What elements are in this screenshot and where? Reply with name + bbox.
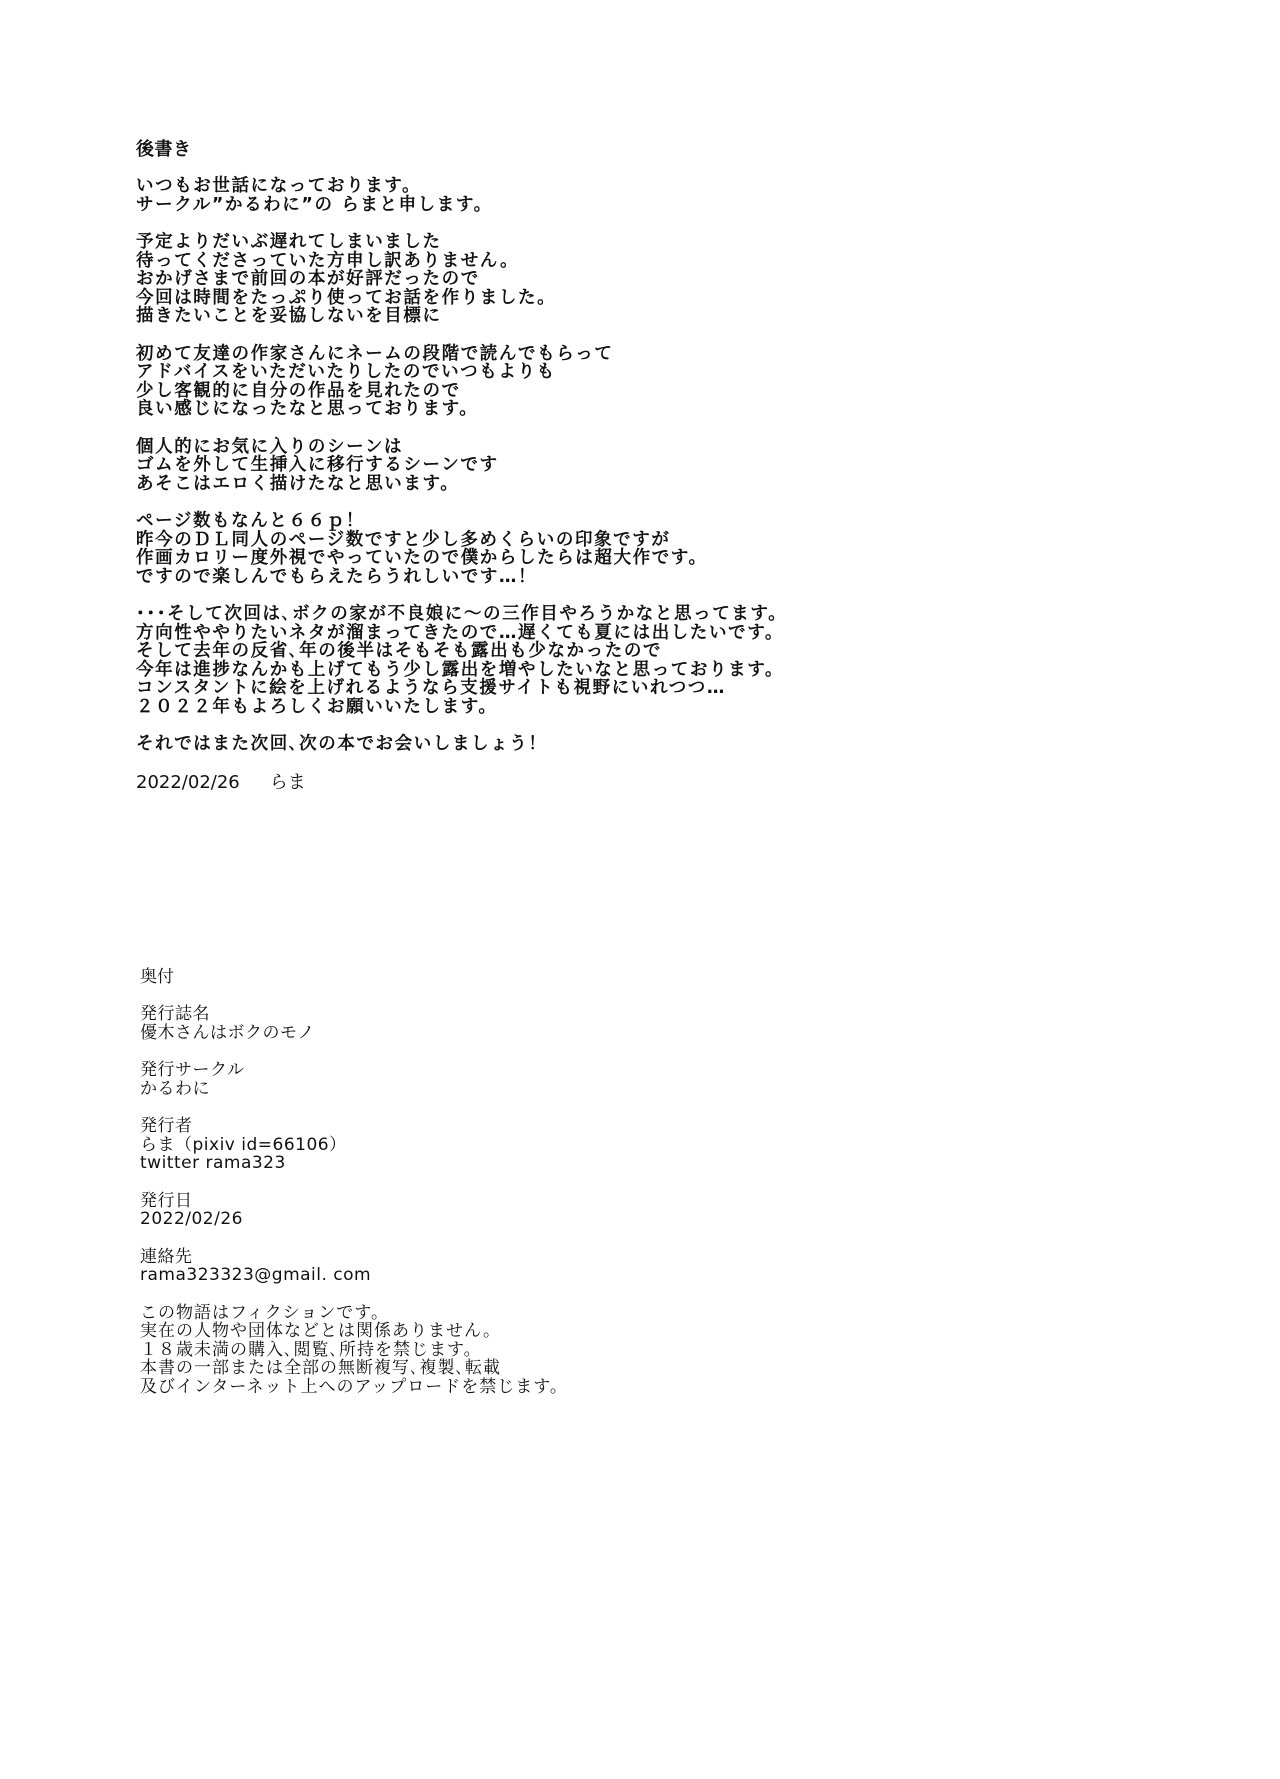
text-line: ページ数もなんと６６ｐ！ xyxy=(136,512,896,531)
colophon-publisher-group: 発行者 らま（pixiv id=66106） twitter rama323 xyxy=(140,1117,740,1173)
text-line: 作画カロリー度外視でやっていたので僕からしたらは超大作です。 xyxy=(136,549,896,568)
text-line: 今年は進捗なんかも上げてもう少し露出を増やしたいなと思っております。 xyxy=(136,661,896,680)
notice-line: 本書の一部または全部の無断複写､複製､転載 xyxy=(140,1359,740,1378)
colophon-value-contact-email: rama323323@gmail. com xyxy=(140,1266,740,1285)
afterword-paragraph-advice: 初めて友達の作家さんにネームの段階で読んでもらって アドバイスをいただいたりした… xyxy=(136,345,896,419)
text-line: あそこはエロく描けたなと思います。 xyxy=(136,475,896,494)
colophon-contact-group: 連絡先 rama323323@gmail. com xyxy=(140,1248,740,1285)
colophon-circle-group: 発行サークル かるわに xyxy=(140,1061,740,1098)
afterword-section: 後書き いつもお世話になっております。 サークル”かるわに”の らまと申します。… xyxy=(136,140,896,792)
afterword-paragraph-delay: 予定よりだいぶ遅れてしまいました 待ってくださっていた方申し訳ありません。 おか… xyxy=(136,233,896,326)
text-line: 少し客観的に自分の作品を見れたので xyxy=(136,382,896,401)
colophon-label-title: 発行誌名 xyxy=(140,1005,740,1024)
text-line: 待ってくださっていた方申し訳ありません。 xyxy=(136,252,896,271)
text-line: コンスタントに絵を上げれるようなら支援サイトも視野にいれつつ… xyxy=(136,679,896,698)
text-line: そして去年の反省､年の後半はそもそも露出も少なかったので xyxy=(136,642,896,661)
text-line: サークル”かるわに”の らまと申します。 xyxy=(136,196,896,215)
colophon-value-date: 2022/02/26 xyxy=(140,1210,740,1229)
text-line: 良い感じになったなと思っております。 xyxy=(136,400,896,419)
text-line: 個人的にお気に入りのシーンは xyxy=(136,438,896,457)
afterword-paragraph-closing: それではまた次回､次の本でお会いしましょう！ xyxy=(136,735,896,754)
text-line: おかげさまで前回の本が好評だったので xyxy=(136,270,896,289)
signature-date: 2022/02/26 xyxy=(136,772,240,793)
colophon-value-publisher-pixiv: らま（pixiv id=66106） xyxy=(140,1136,740,1155)
colophon-label-publisher: 発行者 xyxy=(140,1117,740,1136)
text-line: 描きたいことを妥協しないを目標に xyxy=(136,307,896,326)
colophon-label-contact: 連絡先 xyxy=(140,1248,740,1267)
notice-line: １８歳未満の購入､閲覧､所持を禁じます。 xyxy=(140,1341,740,1360)
notice-line: この物語はフィクションです。 xyxy=(140,1304,740,1323)
colophon-title-group: 発行誌名 優木さんはボクのモノ xyxy=(140,1005,740,1042)
text-line: ２０２２年もよろしくお願いいたします。 xyxy=(136,698,896,717)
text-line: 予定よりだいぶ遅れてしまいました xyxy=(136,233,896,252)
text-line: それではまた次回､次の本でお会いしましょう！ xyxy=(136,735,896,754)
text-line: ･･･そして次回は､ボクの家が不良娘に～の三作目やろうかなと思ってます。 xyxy=(136,605,896,624)
afterword-heading: 後書き xyxy=(136,140,896,159)
text-line: 昨今のＤＬ同人のページ数ですと少し多めくらいの印象ですが xyxy=(136,531,896,550)
colophon-value-title: 優木さんはボクのモノ xyxy=(140,1024,740,1043)
text-line: 今回は時間をたっぷり使ってお話を作りました。 xyxy=(136,289,896,308)
text-line: アドバイスをいただいたりしたのでいつもよりも xyxy=(136,363,896,382)
text-line: ゴムを外して生挿入に移行するシーンです xyxy=(136,456,896,475)
afterword-paragraph-favorite-scene: 個人的にお気に入りのシーンは ゴムを外して生挿入に移行するシーンです あそこはエ… xyxy=(136,438,896,494)
text-line: ですので楽しんでもらえたらうれしいです…！ xyxy=(136,568,896,587)
afterword-paragraph-page-count: ページ数もなんと６６ｐ！ 昨今のＤＬ同人のページ数ですと少し多めくらいの印象です… xyxy=(136,512,896,586)
colophon-label-date: 発行日 xyxy=(140,1192,740,1211)
book-page: 後書き いつもお世話になっております。 サークル”かるわに”の らまと申します。… xyxy=(0,0,1280,1779)
colophon-legal-notice: この物語はフィクションです。 実在の人物や団体などとは関係ありません。 １８歳未… xyxy=(140,1304,740,1397)
colophon-value-publisher-twitter: twitter rama323 xyxy=(140,1154,740,1173)
colophon-section: 奥付 発行誌名 優木さんはボクのモノ 発行サークル かるわに 発行者 らま（pi… xyxy=(140,968,740,1396)
colophon-date-group: 発行日 2022/02/26 xyxy=(140,1192,740,1229)
text-line: 方向性ややりたいネタが溜まってきたので…遅くても夏には出したいです。 xyxy=(136,624,896,643)
afterword-paragraph-next-plans: ･･･そして次回は､ボクの家が不良娘に～の三作目やろうかなと思ってます。 方向性… xyxy=(136,605,896,716)
colophon-label-circle: 発行サークル xyxy=(140,1061,740,1080)
afterword-paragraph-greeting: いつもお世話になっております。 サークル”かるわに”の らまと申します。 xyxy=(136,177,896,214)
afterword-signature: 2022/02/26らま xyxy=(136,773,896,792)
text-line: いつもお世話になっております。 xyxy=(136,177,896,196)
colophon-heading: 奥付 xyxy=(140,968,740,986)
notice-line: 及びインターネット上へのアップロードを禁じます。 xyxy=(140,1378,740,1397)
notice-line: 実在の人物や団体などとは関係ありません。 xyxy=(140,1322,740,1341)
colophon-value-circle: かるわに xyxy=(140,1080,740,1099)
signature-author: らま xyxy=(270,772,306,793)
text-line: 初めて友達の作家さんにネームの段階で読んでもらって xyxy=(136,345,896,364)
